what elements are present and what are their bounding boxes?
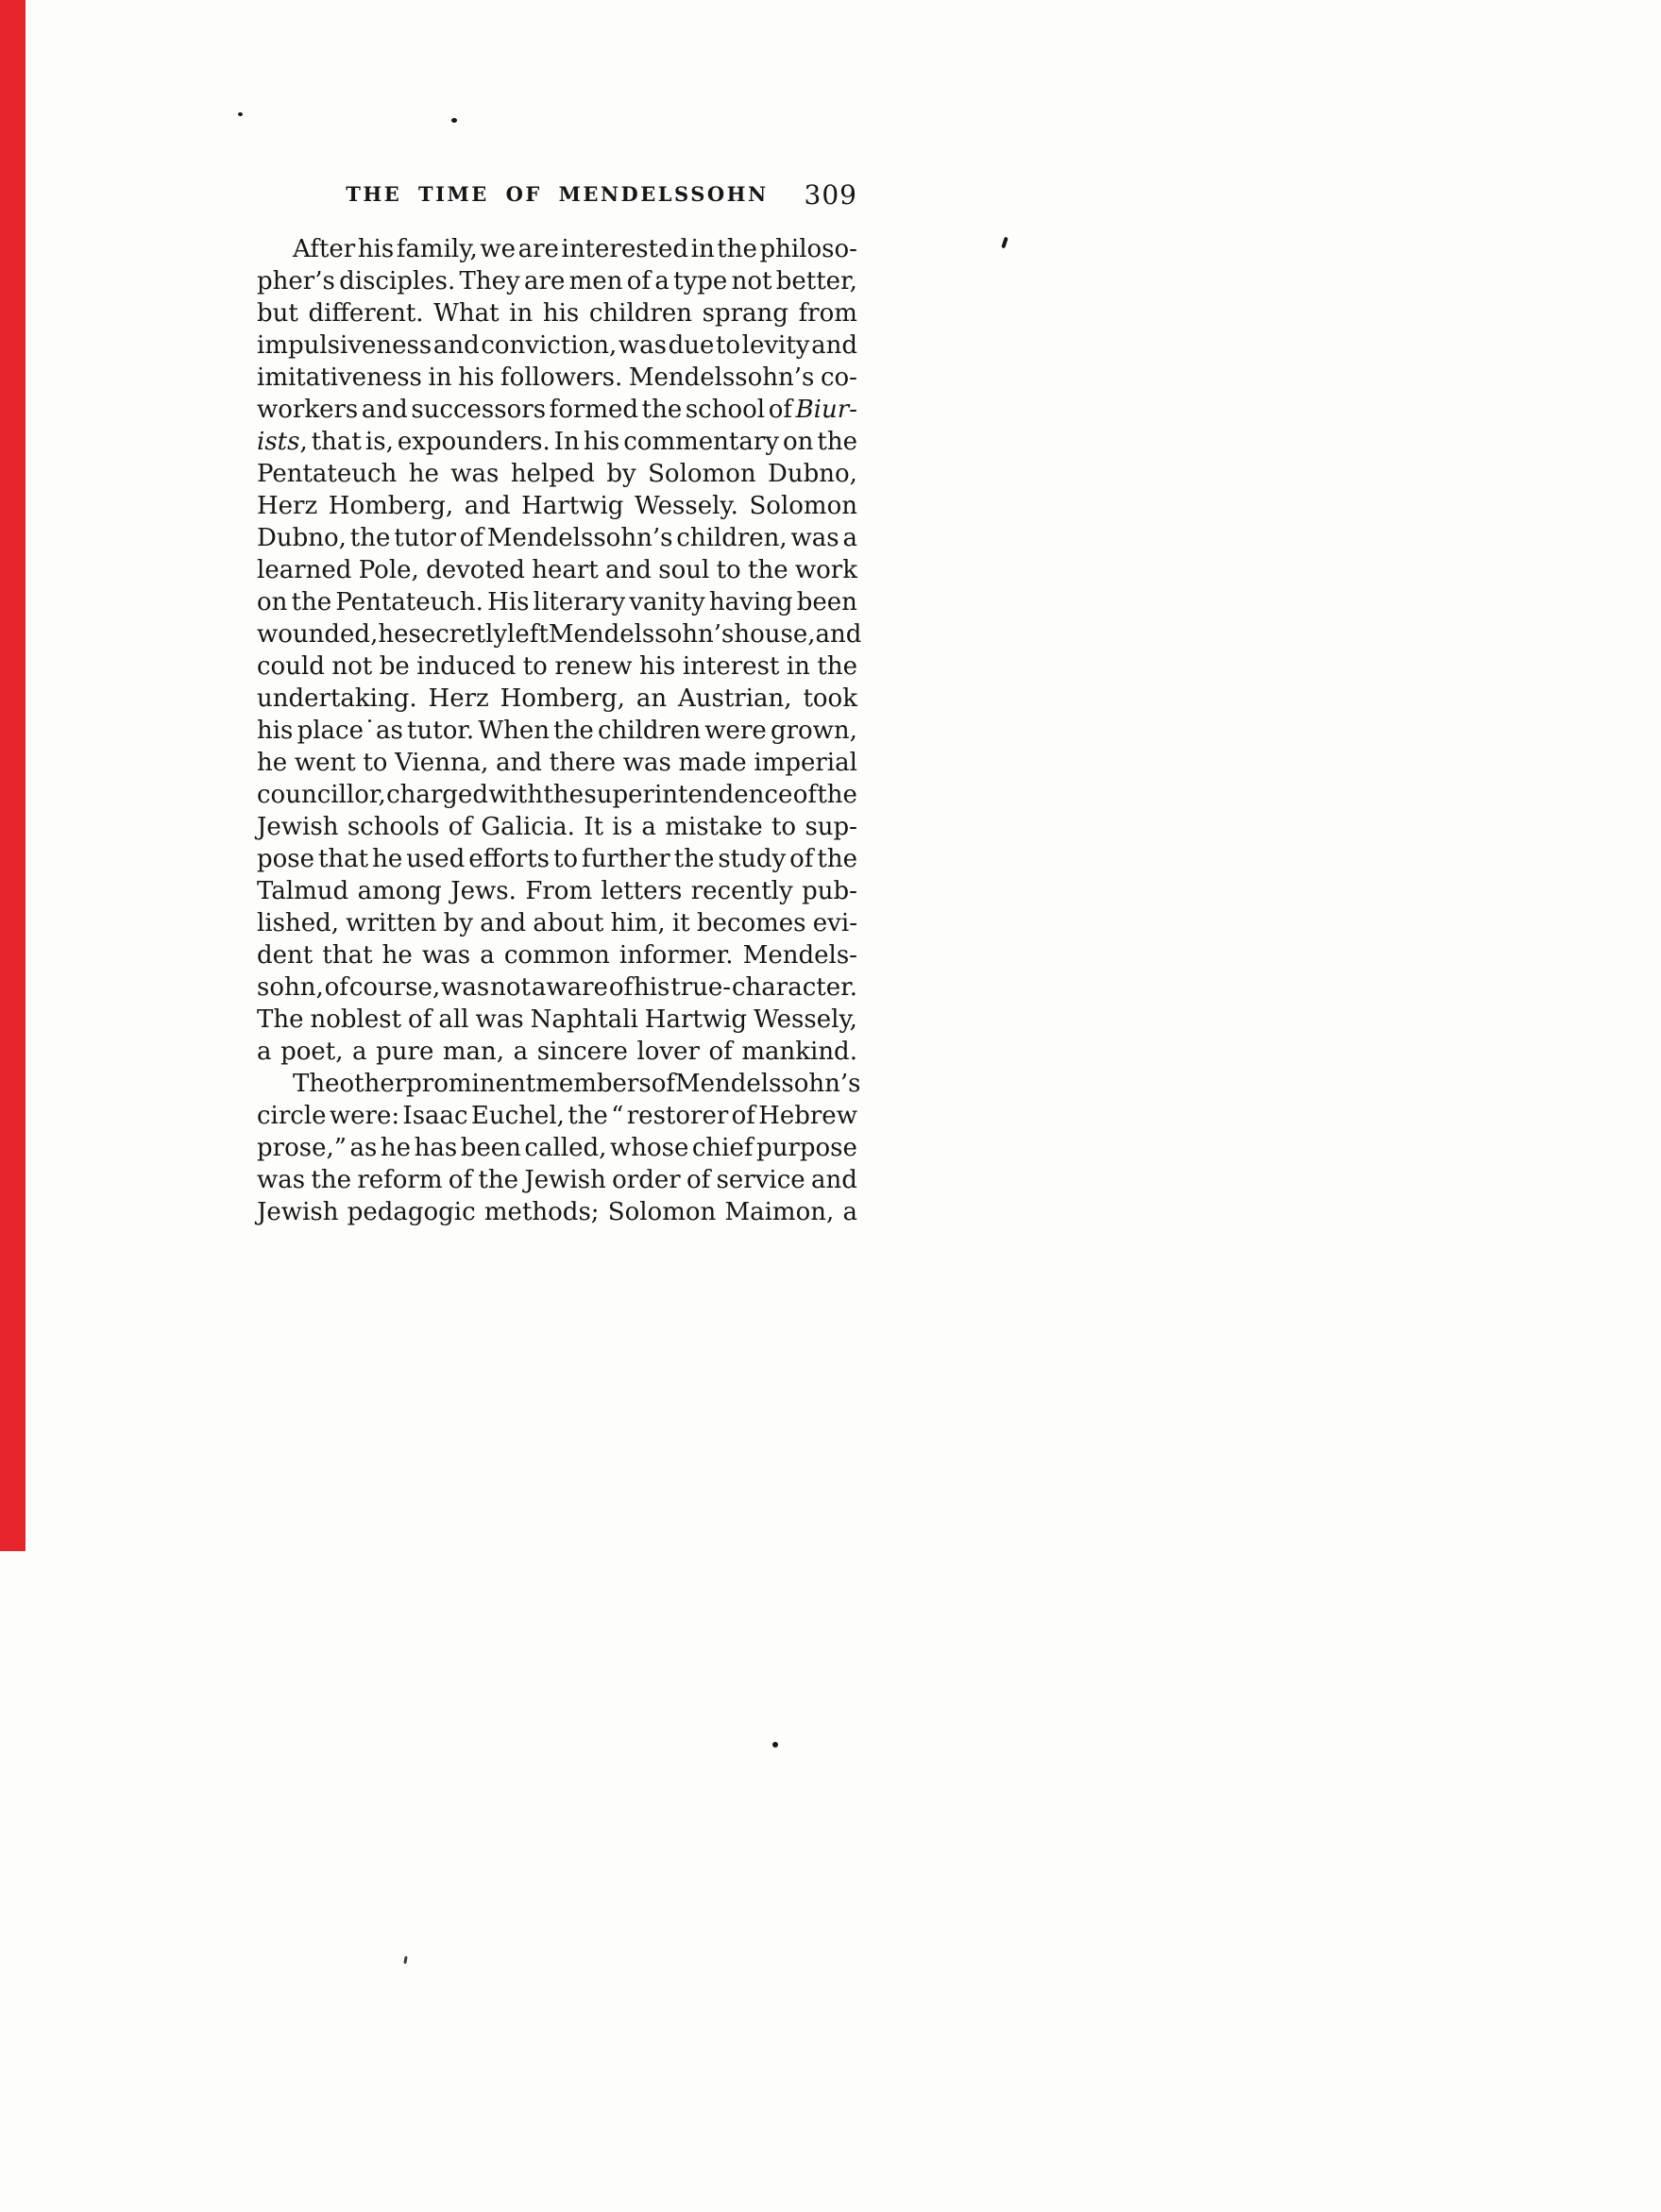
word: and	[811, 329, 857, 362]
word: Hartwig	[645, 1004, 747, 1036]
text-line: wasthereformoftheJewishorderofserviceand	[257, 1164, 857, 1196]
word: the	[568, 1100, 608, 1132]
word: better,	[776, 265, 857, 297]
word: letters	[602, 875, 683, 907]
word: Pentateuch.	[335, 586, 483, 618]
word: his	[639, 650, 675, 683]
ink-speck	[403, 1956, 407, 1964]
word: lished,	[257, 907, 339, 939]
word: to	[716, 329, 740, 362]
word: councillor,	[257, 779, 386, 811]
word: of	[325, 971, 348, 1004]
word: took	[803, 683, 857, 715]
word: character.	[732, 971, 857, 1004]
word: What	[433, 297, 499, 329]
word: Pentateuch	[257, 458, 397, 490]
word: learned	[257, 554, 351, 586]
word: to	[523, 650, 548, 683]
word: superintendence	[584, 779, 792, 811]
ink-speck	[772, 1742, 778, 1748]
word: charged	[386, 779, 488, 811]
word: When	[478, 715, 550, 747]
word: his	[358, 233, 394, 265]
word: not	[732, 265, 772, 297]
text-line: impulsivenessandconviction,wasduetolevit…	[257, 329, 857, 362]
word: the	[817, 779, 857, 811]
word: an	[636, 683, 667, 715]
word: is	[612, 811, 633, 843]
word: Biur-	[796, 394, 857, 426]
word: other	[339, 1068, 406, 1100]
word: Vienna,	[395, 747, 488, 779]
word: Herz	[257, 490, 317, 522]
word: the	[642, 394, 683, 426]
word: his	[634, 971, 669, 1004]
word: of	[627, 265, 651, 297]
word: used	[406, 843, 465, 875]
text-line: ThenoblestofallwasNaphtaliHartwigWessely…	[257, 1004, 857, 1036]
word: by	[444, 907, 473, 939]
ink-speck	[451, 118, 457, 123]
word: a	[514, 1036, 529, 1068]
word: him,	[611, 907, 666, 939]
word: the	[553, 715, 594, 747]
word: secretly	[408, 618, 507, 650]
word: in	[428, 362, 451, 394]
text-line: TheotherprominentmembersofMendelssohn’s	[257, 1068, 857, 1100]
text-line: councillor,chargedwiththesuperintendence…	[257, 779, 857, 811]
word: pure	[376, 1036, 433, 1068]
word: he	[409, 458, 439, 490]
word: type	[673, 265, 727, 297]
word: Homberg,	[500, 683, 625, 715]
word: imperial	[754, 747, 857, 779]
word: Pole,	[359, 554, 419, 586]
word: was	[441, 971, 489, 1004]
text-line: HerzHomberg,andHartwigWessely.Solomon	[257, 490, 857, 522]
word: his	[257, 715, 293, 747]
word: induced	[416, 650, 516, 683]
word: the	[478, 1164, 518, 1196]
word: purpose	[756, 1132, 857, 1164]
word: with	[488, 779, 543, 811]
word: went	[295, 747, 356, 779]
word: recently	[691, 875, 793, 907]
word: conviction,	[481, 329, 617, 362]
word: Naphtali	[531, 1004, 638, 1036]
word: his	[543, 297, 579, 329]
text-line: hewenttoVienna,andtherewasmadeimperial	[257, 747, 857, 779]
word: levity	[742, 329, 810, 362]
text-line: ists,thatis,expounders.Inhiscommentaryon…	[257, 426, 857, 458]
word: was	[422, 939, 470, 971]
page-number: 309	[805, 176, 857, 215]
word: about	[533, 907, 603, 939]
word: are	[524, 265, 565, 297]
word: dent	[257, 939, 313, 971]
word: They	[460, 265, 520, 297]
ink-speck	[238, 112, 243, 116]
word: mankind.	[741, 1036, 857, 1068]
word: tutor	[394, 522, 456, 554]
word: of	[408, 1004, 432, 1036]
word: and	[605, 554, 652, 586]
word: a	[654, 265, 669, 297]
word: were	[704, 715, 766, 747]
word: Hartwig	[521, 490, 623, 522]
word: true-	[670, 971, 731, 1004]
word: was	[791, 522, 839, 554]
word: that	[318, 843, 368, 875]
book-page-scan: THE TIME OF MENDELSSOHN 309 Afterhisfami…	[0, 0, 1661, 2212]
word: The	[293, 1068, 339, 1100]
word: Mendelssohn’s	[629, 362, 815, 394]
word: efforts	[468, 843, 550, 875]
word: of	[652, 1068, 675, 1100]
ink-speck	[1001, 237, 1008, 249]
word: from	[799, 297, 857, 329]
word: not	[331, 650, 372, 683]
word: informer.	[619, 939, 734, 971]
word: but	[257, 297, 298, 329]
word: could	[257, 650, 325, 683]
word: In	[554, 426, 580, 458]
word: prose,”	[257, 1132, 347, 1164]
word: different.	[308, 297, 423, 329]
word: The	[257, 1004, 303, 1036]
word: Austrian,	[678, 683, 792, 715]
word: Dubno,	[768, 458, 857, 490]
word: was	[450, 458, 499, 490]
word: of	[793, 779, 817, 811]
word: are	[518, 233, 559, 265]
word: to	[363, 747, 387, 779]
text-line: PentateuchhewashelpedbySolomonDubno,	[257, 458, 857, 490]
word: impulsiveness	[257, 329, 432, 362]
scan-edge-red-stripe	[0, 0, 25, 1551]
word: aware	[532, 971, 608, 1004]
word: his	[584, 426, 619, 458]
word: a	[842, 522, 857, 554]
word: methods;	[484, 1196, 600, 1228]
word: Solomon	[608, 1196, 717, 1228]
word: of	[609, 971, 633, 1004]
text-line: apoet,apureman,asincereloverofmankind.	[257, 1036, 857, 1068]
word: Solomon	[648, 458, 756, 490]
word: commentary	[623, 426, 779, 458]
word: formed	[550, 394, 638, 426]
text-line: hisplace˙astutor.Whenthechildrenweregrow…	[257, 715, 857, 747]
word: of	[460, 522, 483, 554]
word: was	[623, 747, 671, 779]
word: interest	[683, 650, 780, 683]
word: of	[449, 811, 472, 843]
word: expounders.	[398, 426, 551, 458]
word: tutor.	[407, 715, 474, 747]
word: the	[292, 586, 332, 618]
word: was	[475, 1004, 523, 1036]
text-line: TalmudamongJews.Fromlettersrecentlypub-	[257, 875, 857, 907]
word: the	[817, 426, 857, 458]
word: vanity	[629, 586, 704, 618]
word: been	[461, 1132, 521, 1164]
text-line: pher’sdisciples.Theyaremenofatypenotbett…	[257, 265, 857, 297]
word: His	[487, 586, 529, 618]
word: grown,	[771, 715, 857, 747]
word: be	[380, 650, 410, 683]
word: family,	[397, 233, 478, 265]
word: that	[322, 939, 372, 971]
word: prominent	[406, 1068, 535, 1100]
word: a	[480, 939, 495, 971]
word: and	[816, 618, 862, 650]
text-line: onthePentateuch.Hisliteraryvanityhavingb…	[257, 586, 857, 618]
word: work	[795, 554, 857, 586]
word: co-	[821, 362, 857, 394]
running-header: THE TIME OF MENDELSSOHN 309	[257, 176, 857, 213]
word: It	[584, 811, 603, 843]
word: a	[257, 1036, 272, 1068]
word: has	[415, 1132, 458, 1164]
text-line: imitativenessinhisfollowers.Mendelssohn’…	[257, 362, 857, 394]
word: was	[619, 329, 667, 362]
word: Mendels-	[743, 939, 857, 971]
word: and	[465, 490, 511, 522]
text-line: circlewere:IsaacEuchel,the“restorerofHeb…	[257, 1100, 857, 1132]
word: pub-	[802, 875, 857, 907]
word: the	[748, 554, 788, 586]
word: to	[553, 843, 578, 875]
word: Homberg,	[329, 490, 453, 522]
word: sprang	[703, 297, 788, 329]
word: on	[257, 586, 287, 618]
word: interested	[562, 233, 689, 265]
word: literary	[534, 586, 626, 618]
word: ists,	[257, 426, 308, 458]
text-line: JewishschoolsofGalicia.Itisamistaketosup…	[257, 811, 857, 843]
word: a	[641, 811, 656, 843]
word: devoted	[426, 554, 525, 586]
text-line: Jewishpedagogicmethods;SolomonMaimon,a	[257, 1196, 857, 1228]
word: whose	[610, 1132, 688, 1164]
word: he	[382, 939, 413, 971]
word: in	[509, 297, 533, 329]
word: From	[525, 875, 592, 907]
word: a	[352, 1036, 367, 1068]
word: common	[504, 939, 610, 971]
word: course,	[349, 971, 440, 1004]
word: Mendelssohn’s	[487, 522, 673, 554]
word: by	[606, 458, 636, 490]
word: children	[598, 715, 701, 747]
word: order	[612, 1164, 681, 1196]
word: reform	[357, 1164, 442, 1196]
word: restorer	[627, 1100, 729, 1132]
word: Mendelssohn’s	[549, 618, 735, 650]
word: of	[449, 1164, 472, 1196]
word: on	[783, 426, 813, 458]
word: members	[535, 1068, 652, 1100]
word: and	[433, 329, 480, 362]
word: sohn,	[257, 971, 324, 1004]
word: to	[717, 554, 741, 586]
word: been	[797, 586, 857, 618]
word: a	[842, 1196, 857, 1228]
word: Jews.	[450, 875, 517, 907]
text-line: couldnotbeinducedtorenewhisinterestinthe	[257, 650, 857, 683]
word: Herz	[429, 683, 489, 715]
word: he	[381, 1132, 411, 1164]
text-line: workersandsuccessorsformedtheschoolofBiu…	[257, 394, 857, 426]
word: the	[717, 233, 757, 265]
word: place˙as	[297, 715, 403, 747]
word: Jewish	[257, 811, 338, 843]
word: chief	[692, 1132, 754, 1164]
text-line: butdifferent.Whatinhischildrensprangfrom	[257, 297, 857, 329]
word: the	[543, 779, 584, 811]
word: is,	[365, 426, 394, 458]
word: of	[732, 1100, 755, 1132]
word: left	[507, 618, 549, 650]
word: all	[438, 1004, 468, 1036]
word: was	[257, 1164, 305, 1196]
word: called,	[524, 1132, 606, 1164]
text-line: dentthathewasacommoninformer.Mendels-	[257, 939, 857, 971]
word: not	[490, 971, 531, 1004]
word: “	[611, 1100, 623, 1132]
word: in	[787, 650, 810, 683]
word: soul	[658, 554, 709, 586]
word: sincere	[537, 1036, 628, 1068]
word: Jewish	[257, 1196, 338, 1228]
word: Maimon,	[724, 1196, 834, 1228]
word: he	[378, 618, 408, 650]
word: successors	[411, 394, 546, 426]
text-line: lished,writtenbyandabouthim,itbecomesevi…	[257, 907, 857, 939]
word: study	[718, 843, 786, 875]
word: pedagogic	[347, 1196, 476, 1228]
word: noblest	[310, 1004, 401, 1036]
word: Hebrew	[758, 1100, 857, 1132]
word: workers	[257, 394, 358, 426]
word: made	[678, 747, 746, 779]
word: to	[771, 811, 796, 843]
word: of	[686, 1164, 710, 1196]
word: Mendelssohn’s	[675, 1068, 861, 1100]
word: man,	[443, 1036, 504, 1068]
text-line: undertaking.HerzHomberg,anAustrian,took	[257, 683, 857, 715]
word: philoso-	[759, 233, 856, 265]
word: followers.	[500, 362, 622, 394]
word: renew	[554, 650, 632, 683]
word: house,	[734, 618, 815, 650]
chapter-title: THE TIME OF MENDELSSOHN	[257, 176, 857, 213]
word: he	[257, 747, 287, 779]
word: of	[769, 394, 792, 426]
word: evi-	[813, 907, 857, 939]
word: sup-	[805, 811, 857, 843]
word: undertaking.	[257, 683, 417, 715]
word: further	[582, 843, 670, 875]
word: the	[311, 1164, 351, 1196]
word: Solomon	[749, 490, 857, 522]
text-line: learnedPole,devotedheartandsoultothework	[257, 554, 857, 586]
word: we	[480, 233, 516, 265]
body-text-column: Afterhisfamily,weareinterestedinthephilo…	[257, 233, 857, 1228]
word: becomes	[697, 907, 806, 939]
word: it	[672, 907, 690, 939]
word: and	[496, 747, 542, 779]
word: Jewish	[524, 1164, 605, 1196]
word: and	[811, 1164, 857, 1196]
word: having	[709, 586, 793, 618]
word: the	[817, 843, 857, 875]
word: there	[550, 747, 616, 779]
word: disciples.	[339, 265, 455, 297]
word: that	[312, 426, 362, 458]
text-line: posethatheusedeffortstofurtherthestudyof…	[257, 843, 857, 875]
word: pher’s	[257, 265, 335, 297]
word: Dubno,	[257, 522, 347, 554]
word: of	[709, 1036, 733, 1068]
text-line: sohn,ofcourse,wasnotawareofhistrue-chara…	[257, 971, 857, 1004]
word: Galicia.	[481, 811, 575, 843]
word: men	[569, 265, 623, 297]
word: children,	[676, 522, 787, 554]
word: Euchel,	[471, 1100, 565, 1132]
word: lover	[636, 1036, 699, 1068]
word: children	[589, 297, 692, 329]
word: wounded,	[257, 618, 378, 650]
word: Wessely.	[635, 490, 738, 522]
word: circle	[257, 1100, 327, 1132]
word: After	[293, 233, 355, 265]
text-line: Dubno,thetutorofMendelssohn’schildren,wa…	[257, 522, 857, 554]
word: service	[717, 1164, 805, 1196]
word: his	[458, 362, 494, 394]
word: the	[674, 843, 715, 875]
text-line: wounded,hesecretlyleftMendelssohn’shouse…	[257, 618, 857, 650]
word: schools	[347, 811, 440, 843]
word: among	[358, 875, 442, 907]
word: of	[789, 843, 813, 875]
word: written	[346, 907, 436, 939]
word: and	[480, 907, 526, 939]
word: imitativeness	[257, 362, 422, 394]
text-line: Afterhisfamily,weareinterestedinthephilo…	[257, 233, 857, 265]
word: heart	[532, 554, 599, 586]
word: poet,	[280, 1036, 343, 1068]
word: as	[350, 1132, 378, 1164]
word: the	[350, 522, 391, 554]
word: he	[372, 843, 402, 875]
word: due	[669, 329, 715, 362]
word: were:	[330, 1100, 399, 1132]
text-line: prose,”ashehasbeencalled,whosechiefpurpo…	[257, 1132, 857, 1164]
word: pose	[257, 843, 314, 875]
word: Wessely,	[754, 1004, 857, 1036]
word: Talmud	[257, 875, 348, 907]
word: the	[817, 650, 857, 683]
word: school	[686, 394, 765, 426]
word: Isaac	[402, 1100, 467, 1132]
word: mistake	[665, 811, 762, 843]
word: helped	[511, 458, 595, 490]
word: in	[691, 233, 715, 265]
word: and	[362, 394, 408, 426]
